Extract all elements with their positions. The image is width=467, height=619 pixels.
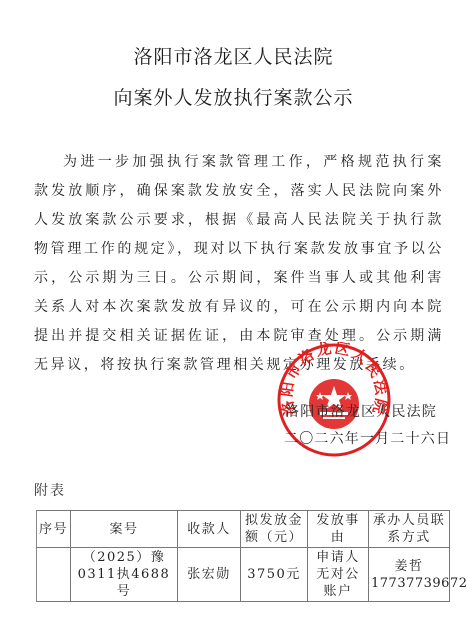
cell-reason: 申请人无对公账户: [308, 548, 369, 602]
header-amount: 拟发放金额（元）: [241, 511, 308, 548]
cell-amount: 3750元: [241, 548, 308, 602]
court-name-title: 洛阳市洛龙区人民法院: [0, 42, 467, 69]
cell-contact: 姜哲 17737739672: [369, 548, 450, 602]
header-payee: 收款人: [178, 511, 241, 548]
cell-payee: 张宏勋: [178, 548, 241, 602]
header-contact: 承办人员联系方式: [369, 511, 450, 548]
contact-phone: 17737739672: [371, 575, 447, 592]
table-row: （2025）豫0311执4688号 张宏勋 3750元 申请人无对公账户 姜哲 …: [37, 548, 450, 602]
signature-court: 洛阳市洛龙区人民法院: [285, 401, 437, 421]
appendix-table: 序号 案号 收款人 拟发放金额（元） 发放事由 承办人员联系方式 （2025）豫…: [36, 510, 450, 602]
cell-index: [37, 548, 71, 602]
notice-title: 向案外人发放执行案款公示: [0, 83, 467, 110]
appendix-label: 附表: [34, 480, 66, 500]
cell-case-no: （2025）豫0311执4688号: [71, 548, 178, 602]
header-case-no: 案号: [71, 511, 178, 548]
table-header-row: 序号 案号 收款人 拟发放金额（元） 发放事由 承办人员联系方式: [37, 511, 450, 548]
contact-name: 姜哲: [371, 558, 447, 575]
header-reason: 发放事由: [308, 511, 369, 548]
signature-date: 二〇二六年一月二十六日: [284, 428, 451, 448]
header-index: 序号: [37, 511, 71, 548]
